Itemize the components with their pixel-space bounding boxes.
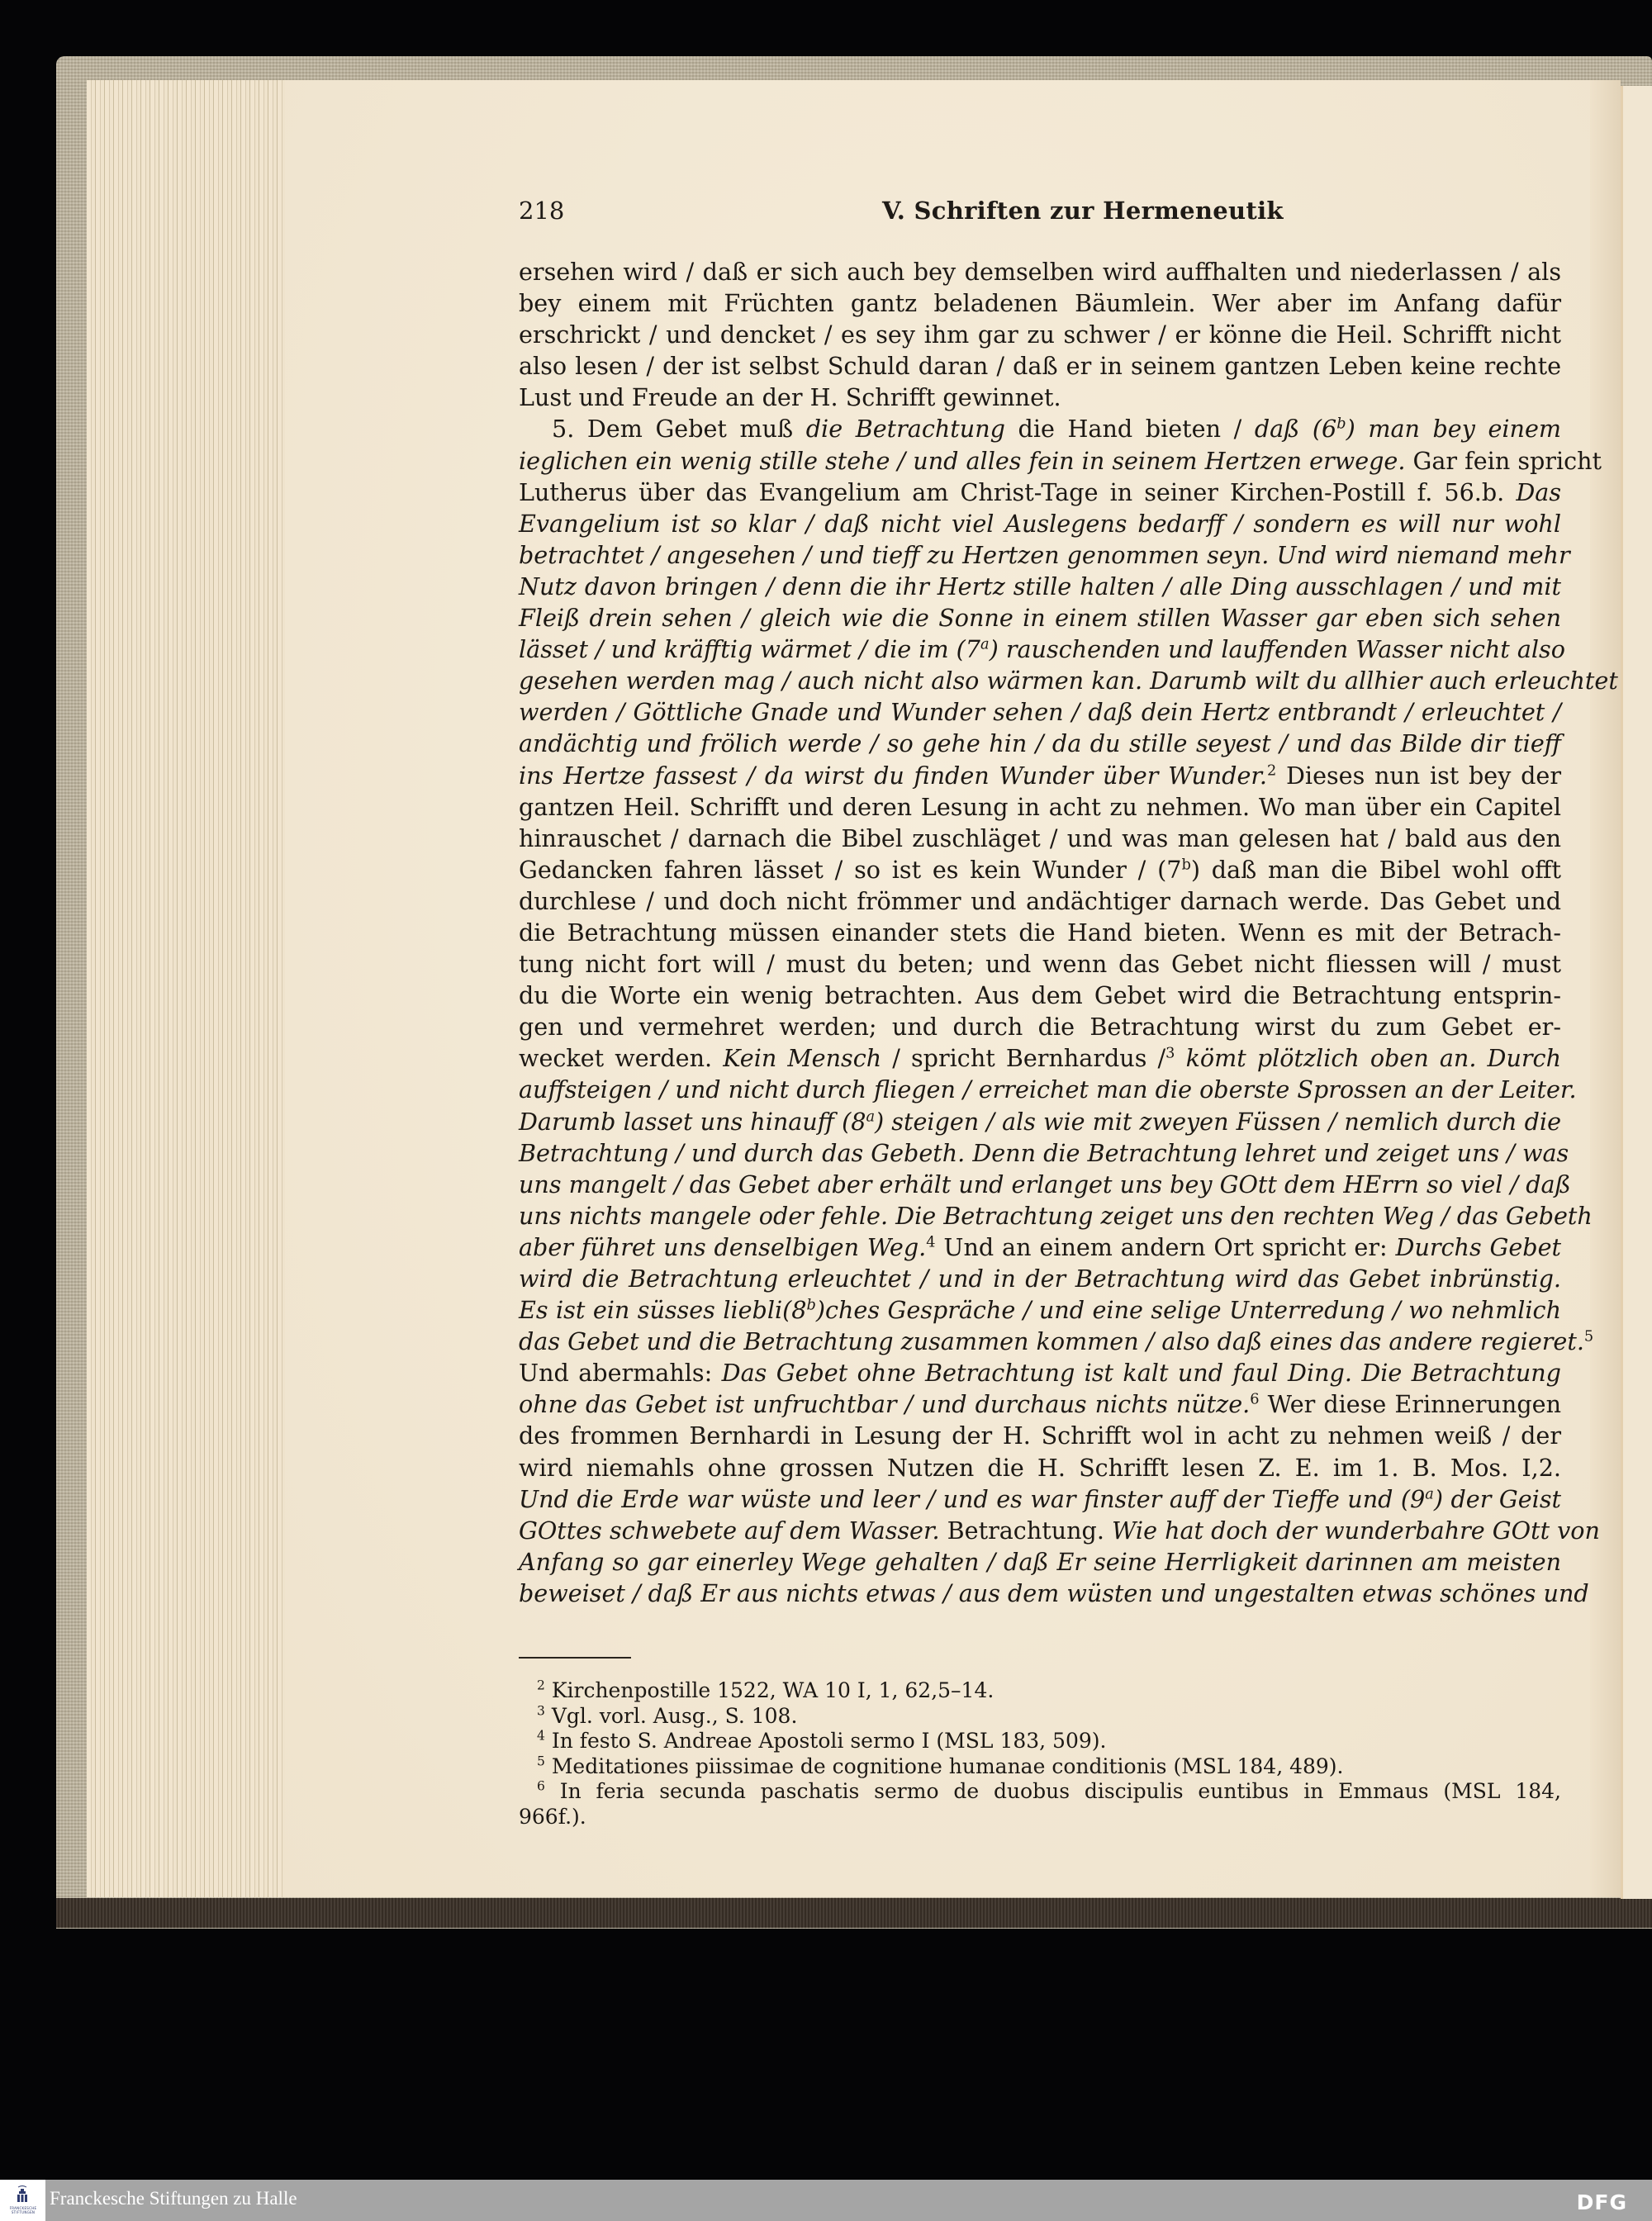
text-line: GOttes schwebete auf dem Wasser. Betrach…	[519, 1515, 1561, 1546]
text-line: auffsteigen / und nicht durch fliegen / …	[519, 1074, 1561, 1105]
text-line: des frommen Bernhardi in Lesung der H. S…	[519, 1420, 1561, 1451]
franckesche-stiftungen-logo-icon	[17, 2185, 28, 2203]
text-line: lässet / und kräfftig wärmet / die im (7…	[519, 634, 1561, 665]
footnotes: 2 Kirchenpostille 1522, WA 10 I, 1, 62,5…	[519, 1678, 1561, 1829]
footnote: 4 In festo S. Andreae Apostoli sermo I (…	[519, 1729, 1561, 1754]
footnote-marker: 2	[537, 1678, 545, 1693]
text-line: aber führet uns denselbigen Weg.4 Und an…	[519, 1232, 1561, 1263]
text-line: uns nichts mangele oder fehle. Die Betra…	[519, 1200, 1561, 1232]
page-edges	[87, 80, 285, 1897]
text-line: andächtig und frölich werde / so gehe hi…	[519, 728, 1561, 759]
footnote-divider	[519, 1657, 631, 1659]
footnote: 3 Vgl. vorl. Ausg., S. 108.	[519, 1704, 1561, 1730]
footnote-marker: 6	[537, 1779, 545, 1794]
footnote: 2 Kirchenpostille 1522, WA 10 I, 1, 62,5…	[519, 1678, 1561, 1704]
text-line: ins Hertze fassest / da wirst du finden …	[519, 760, 1561, 791]
text-line: Nutz davon bringen / denn die ihr Hertz …	[519, 571, 1561, 602]
text-line: 5. Dem Gebet muß die Betrachtung die Han…	[519, 413, 1561, 444]
text-line: Darumb lasset uns hinauff (8a) steigen /…	[519, 1106, 1561, 1137]
text-line: erschrickt / und dencket / es sey ihm ga…	[519, 319, 1561, 350]
text-line: Lutherus über das Evangelium am Christ-T…	[519, 477, 1561, 508]
footnote-continuation: 966f.).	[519, 1805, 1561, 1830]
footer-bar: FRANCKESCHE STIFTUNGEN Franckesche Stift…	[0, 2180, 1652, 2221]
dfg-logo[interactable]: DFG	[1577, 2190, 1627, 2214]
footnote-text: Vgl. vorl. Ausg., S. 108.	[545, 1704, 798, 1728]
footnote-marker: 5	[537, 1754, 545, 1768]
text-line: Evangelium ist so klar / daß nicht viel …	[519, 508, 1561, 539]
text-line: wird die Betrachtung erleuchtet / und in…	[519, 1263, 1561, 1294]
text-line: bey einem mit Früchten gantz beladenen B…	[519, 287, 1561, 319]
footnote-text: In festo S. Andreae Apostoli sermo I (MS…	[545, 1729, 1107, 1753]
footnote-text: In feria secunda paschatis sermo de duob…	[545, 1779, 1561, 1803]
text-line: Gedancken fahren lässet / so ist es kein…	[519, 854, 1561, 885]
text-line: werden / Göttliche Gnade und Wunder sehe…	[519, 696, 1561, 728]
text-line: uns mangelt / das Gebet aber erhält und …	[519, 1169, 1561, 1200]
footnote-text: Kirchenpostille 1522, WA 10 I, 1, 62,5–1…	[545, 1678, 994, 1702]
body-text: ersehen wird / daß er sich auch bey dems…	[519, 256, 1561, 1609]
text-line: durchlese / und doch nicht frömmer und a…	[519, 885, 1561, 917]
text-line: Fleiß drein sehen / gleich wie die Sonne…	[519, 602, 1561, 634]
text-line: beweiset / daß Er aus nichts etwas / aus…	[519, 1578, 1561, 1609]
text-line: Und die Erde war wüste und leer / und es…	[519, 1483, 1561, 1515]
text-line: Betrachtung / und durch das Gebeth. Denn…	[519, 1137, 1561, 1169]
text-line: Es ist ein süsses liebli(8b)ches Gespräc…	[519, 1294, 1561, 1326]
text-line: Und abermahls: Das Gebet ohne Betrachtun…	[519, 1357, 1561, 1388]
text-line: also lesen / der ist selbst Schuld daran…	[519, 350, 1561, 382]
text-line: wird niemahls ohne grossen Nutzen die H.…	[519, 1452, 1561, 1483]
footnote: 5 Meditationes piissimae de cognitione h…	[519, 1754, 1561, 1780]
text-line: gesehen werden mag / auch nicht also wär…	[519, 665, 1561, 696]
text-line: ohne das Gebet ist unfruchtbar / und dur…	[519, 1388, 1561, 1420]
text-line: ieglichen ein wenig stille stehe / und a…	[519, 445, 1561, 477]
logo-text: FRANCKESCHE STIFTUNGEN	[2, 2206, 45, 2214]
footnote: 6 In feria secunda paschatis sermo de du…	[519, 1779, 1561, 1805]
footnote-marker: 4	[537, 1729, 545, 1744]
text-line: das Gebet und die Betrachtung zusammen k…	[519, 1326, 1561, 1357]
page-number: 218	[519, 197, 564, 225]
running-head: 218 V. Schriften zur Hermeneutik	[519, 197, 1559, 230]
text-line: gantzen Heil. Schrifft und deren Lesung …	[519, 791, 1561, 823]
text-line: ersehen wird / daß er sich auch bey dems…	[519, 256, 1561, 287]
text-line: Anfang so gar einerley Wege gehalten / d…	[519, 1546, 1561, 1578]
section-title: V. Schriften zur Hermeneutik	[882, 197, 1284, 225]
text-line: gen und vermehret werden; und durch die …	[519, 1011, 1561, 1042]
text-line: du die Worte ein wenig betrachten. Aus d…	[519, 980, 1561, 1011]
text-line: tung nicht fort will / must du beten; un…	[519, 948, 1561, 980]
page-gutter	[1590, 80, 1621, 1897]
text-line: hinrauschet / darnach die Bibel zuschläg…	[519, 823, 1561, 854]
institution-logo[interactable]: FRANCKESCHE STIFTUNGEN	[0, 2180, 45, 2221]
book-cover-bottom-edge	[56, 1898, 1652, 1928]
facing-page-edge	[1621, 86, 1652, 1899]
footnote-text: Meditationes piissimae de cognitione hum…	[545, 1754, 1344, 1778]
text-line: wecket werden. Kein Mensch / spricht Ber…	[519, 1042, 1561, 1074]
text-line: betrachtet / angesehen / und tieff zu He…	[519, 539, 1561, 571]
footnote-marker: 3	[537, 1703, 545, 1718]
text-line: Lust und Freude an der H. Schrifft gewin…	[519, 382, 1561, 413]
institution-name: Franckesche Stiftungen zu Halle	[50, 2188, 297, 2209]
text-line: die Betrachtung müssen einander stets di…	[519, 917, 1561, 948]
